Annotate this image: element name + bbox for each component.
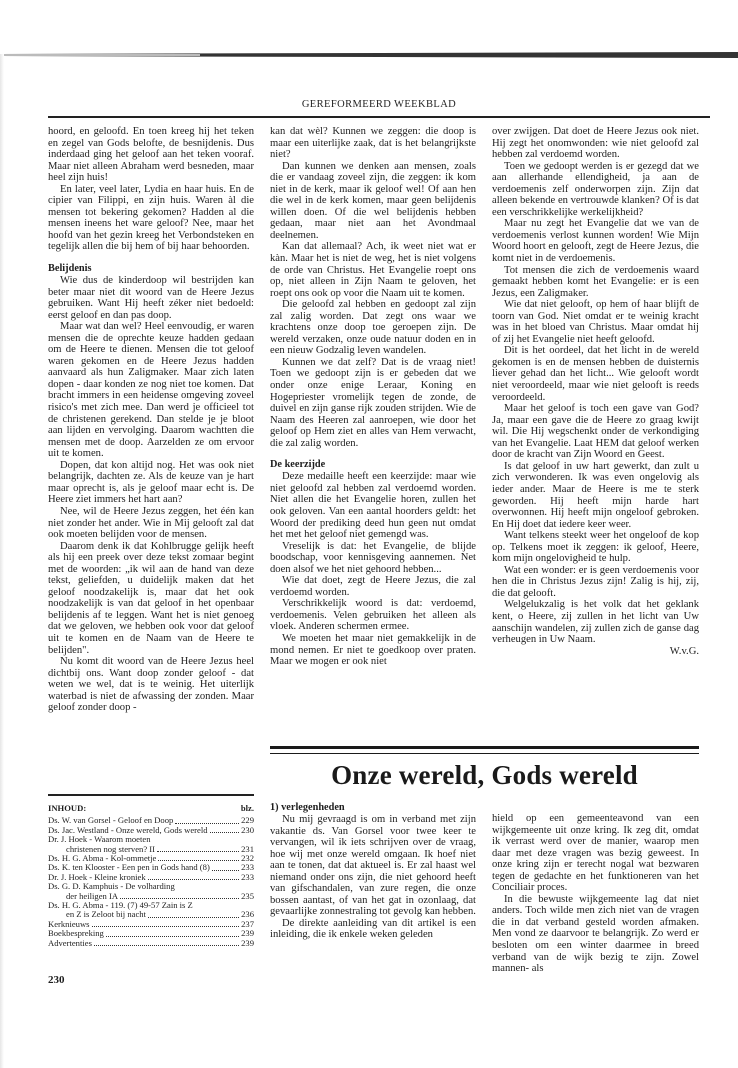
paragraph: Toen we gedoopt werden is er gezegd dat … [492, 161, 699, 219]
article1-column-2: kan dat wèl? Kunnen we zeggen: die doop … [270, 126, 476, 668]
paragraph: Maar wat dan wel? Heel eenvoudig, er war… [48, 321, 254, 460]
paragraph: Nee, wil de Heere Jezus zeggen, het één … [48, 506, 254, 541]
scan-left-edge [0, 54, 4, 1068]
toc-entry: Advertenties239 [48, 939, 254, 948]
toc-entry: Ds. H. G. Abma - 119. (7) 49-57 Zain is … [48, 901, 254, 920]
paragraph: In die bewuste wijkgemeente lag dat niet… [492, 894, 699, 975]
toc-leader-dots [106, 936, 239, 937]
scan-edge-shadow-icon [0, 51, 738, 59]
section-heading-verlegenheden: 1) verlegenheden [270, 802, 476, 814]
author-signature: W.v.G. [492, 646, 699, 658]
paragraph: Kan dat allemaal? Ach, ik weet niet wat … [270, 241, 476, 299]
toc-entry-page: 233 [241, 873, 254, 882]
toc-leader-dots [94, 945, 239, 946]
toc-entry: Ds. G. D. Kamphuis - De volhardingder he… [48, 882, 254, 901]
scan-top-edge [0, 46, 738, 54]
paragraph: Kunnen we dat zelf? Dat is de vraag niet… [270, 357, 476, 449]
toc-title: INHOUD: [48, 804, 86, 813]
table-of-contents: INHOUD: blz. Ds. W. van Gorsel - Geloof … [48, 794, 254, 948]
toc-page-label: blz. [241, 804, 254, 813]
paragraph: Wie dat doet, zegt de Heere Jezus, die z… [270, 575, 476, 598]
article1-column-1: hoord, en geloofd. En toen kreeg hij het… [48, 126, 254, 714]
paragraph: Deze medaille heeft een keerzijde: maar … [270, 471, 476, 540]
section-heading-keerzijde: De keerzijde [270, 459, 476, 471]
paragraph: Wat een wonder: er is geen verdoemenis v… [492, 565, 699, 600]
header-rule [48, 116, 710, 118]
paragraph: De direkte aanleiding van dit artikel is… [270, 918, 476, 941]
running-head: GEREFORMEERD WEEKBLAD [48, 99, 710, 110]
paragraph: Tot mensen die zich de verdoemenis waard… [492, 265, 699, 300]
toc-leader-dots [148, 879, 239, 880]
section-heading-belijdenis: Belijdenis [48, 263, 254, 275]
toc-leader-dots [212, 870, 239, 871]
paragraph: Dan kunnen we denken aan mensen, zoals d… [270, 161, 476, 242]
toc-header: INHOUD: blz. [48, 804, 254, 813]
article-divider-thin [270, 753, 699, 754]
toc-leader-dots [175, 823, 239, 824]
article2-column-2: hield op een gemeenteavond van een wijkg… [492, 813, 699, 975]
paragraph: En later, veel later, Lydia en haar huis… [48, 184, 254, 253]
toc-entry-page: 230 [241, 826, 254, 835]
paragraph: Welgelukzalig is het volk dat het geklan… [492, 599, 699, 645]
paragraph: Dit is het oordeel, dat het licht in de … [492, 345, 699, 403]
paragraph: hield op een gemeenteavond van een wijkg… [492, 813, 699, 894]
toc-leader-dots [210, 832, 240, 833]
paragraph: Nu komt dit woord van de Heere Jezus hee… [48, 656, 254, 714]
toc-leader-dots [157, 851, 239, 852]
paragraph: Wie dat niet gelooft, op hem of haar bli… [492, 299, 699, 345]
article-divider-thick [270, 746, 699, 749]
paragraph: hoord, en geloofd. En toen kreeg hij het… [48, 126, 254, 184]
page-number: 230 [48, 974, 65, 986]
toc-leader-dots [92, 926, 240, 927]
paragraph: Vreselijk is dat: het Evangelie, de blij… [270, 541, 476, 576]
paragraph: Wie dus de kinderdoop wil bestrijden kan… [48, 275, 254, 321]
paragraph: Maar nu zegt het Evangelie dat we van de… [492, 218, 699, 264]
toc-leader-dots [158, 860, 239, 861]
paragraph: Nu mij gevraagd is om in verband met zij… [270, 814, 476, 918]
toc-leader-dots [120, 898, 239, 899]
toc-rule [48, 794, 254, 796]
paragraph: Verschrikkelijk woord is dat: verdoemd, … [270, 598, 476, 633]
paragraph: over zwijgen. Dat doet de Heere Jezus oo… [492, 126, 699, 161]
paragraph: We moeten het maar niet gemakkelijk in d… [270, 633, 476, 668]
paragraph: Maar het geloof is toch een gave van God… [492, 403, 699, 461]
toc-entry: Dr. J. Hoek - Waarom moetenchristenen no… [48, 835, 254, 854]
toc-items: Ds. W. van Gorsel - Geloof en Doop229Ds.… [48, 816, 254, 948]
paragraph: Is dat geloof in uw hart gewerkt, dan zu… [492, 461, 699, 530]
article-title: Onze wereld, Gods wereld [270, 760, 699, 791]
paragraph: Die geloofd zal hebben en gedoopt zal zi… [270, 299, 476, 357]
toc-entry-page: 239 [241, 939, 254, 948]
paragraph: Dopen, dat kon altijd nog. Het was ook n… [48, 460, 254, 506]
article2-column-1: 1) verlegenheden Nu mij gevraagd is om i… [270, 802, 476, 941]
toc-entry-title: Advertenties [48, 939, 92, 948]
paragraph: kan dat wèl? Kunnen we zeggen: die doop … [270, 126, 476, 161]
article1-column-3: over zwijgen. Dat doet de Heere Jezus oo… [492, 126, 699, 657]
paragraph: Want telkens steekt weer het ongeloof de… [492, 530, 699, 565]
toc-leader-dots [148, 917, 239, 918]
toc-entry-page: 235 [241, 892, 254, 901]
paragraph: Daarom denk ik dat Kohlbrugge gelijk hee… [48, 541, 254, 656]
